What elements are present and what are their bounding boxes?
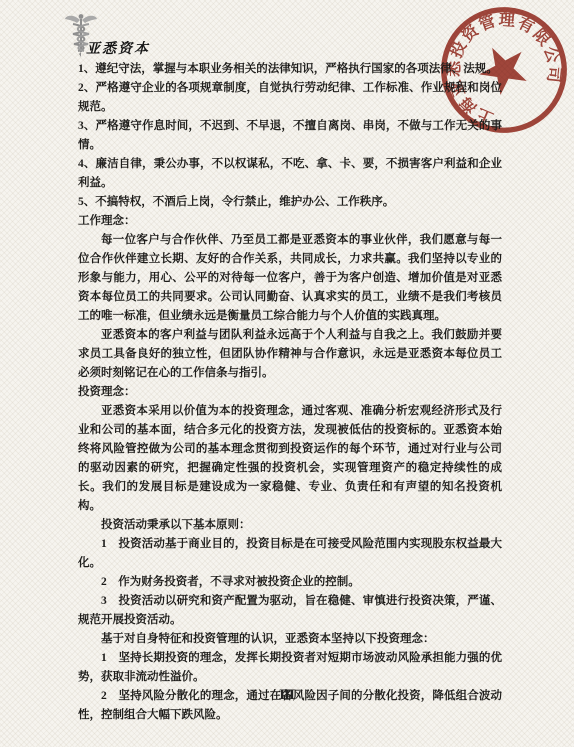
company-logo: 亚悉资本	[60, 10, 170, 60]
work-philosophy-heading: 工作理念：	[78, 212, 502, 231]
principle-2: 2 作为财务投资者，不寻求对被投资企业的控制。	[78, 573, 502, 592]
work-paragraph-1: 每一位客户与合作伙伴、乃至员工都是亚悉资本的事业伙伴，我们愿意与每一位合作伙伴建…	[78, 231, 502, 326]
rule-item-3: 3、严格遵守作息时间，不迟到、不早退，不擅自离岗、串岗，不做与工作无关的事情。	[78, 117, 502, 155]
rule-item-1: 1、遵纪守法，掌握与本职业务相关的法律知识，严格执行国家的各项法律、法规。	[78, 60, 502, 79]
principle-3: 3 投资活动以研究和资产配置为驱动，旨在稳健、审慎进行投资决策，严谨、规范开展投…	[78, 592, 502, 630]
rule-item-4: 4、廉洁自律，秉公办事，不以权谋私，不吃、拿、卡、要，不损害客户利益和企业利益。	[78, 155, 502, 193]
rule-item-2: 2、严格遵守企业的各项规章制度，自觉执行劳动纪律、工作标准、作业规程和岗位规范。	[78, 79, 502, 117]
document-body: 1、遵纪守法，掌握与本职业务相关的法律知识，严格执行国家的各项法律、法规。 2、…	[78, 60, 502, 725]
principles-intro: 投资活动秉承以下基本原则：	[78, 516, 502, 535]
rule-item-5: 5、不搞特权，不酒后上岗，令行禁止，维护办公、工作秩序。	[78, 193, 502, 212]
principle-1: 1 投资活动基于商业目的，投资目标是在可接受风险范围内实现股东权益最大化。	[78, 535, 502, 573]
work-paragraph-2: 亚悉资本的客户利益与团队利益永远高于个人利益与自我之上。我们鼓励并要求员工具备良…	[78, 326, 502, 383]
beliefs-intro: 基于对自身特征和投资管理的认识，亚悉资本坚持以下投资理念：	[78, 630, 502, 649]
page-number: Ⅲ	[279, 687, 295, 702]
investment-paragraph-1: 亚悉资本采用以价值为本的投资理念，通过客观、准确分析宏观经济形式及行业和公司的基…	[78, 402, 502, 516]
investment-philosophy-heading: 投资理念：	[78, 383, 502, 402]
document-page: 亚悉资本 上海亚悉投资管理有限公司 1、遵纪守法，掌握与本职业务相关的法律知识，…	[0, 0, 574, 747]
logo-text: 亚悉资本	[86, 38, 150, 58]
belief-1: 1 坚持长期投资的理念，发挥长期投资者对短期市场波动风险承担能力强的优势，获取非…	[78, 649, 502, 687]
page-footer: Ⅲ	[0, 687, 574, 703]
